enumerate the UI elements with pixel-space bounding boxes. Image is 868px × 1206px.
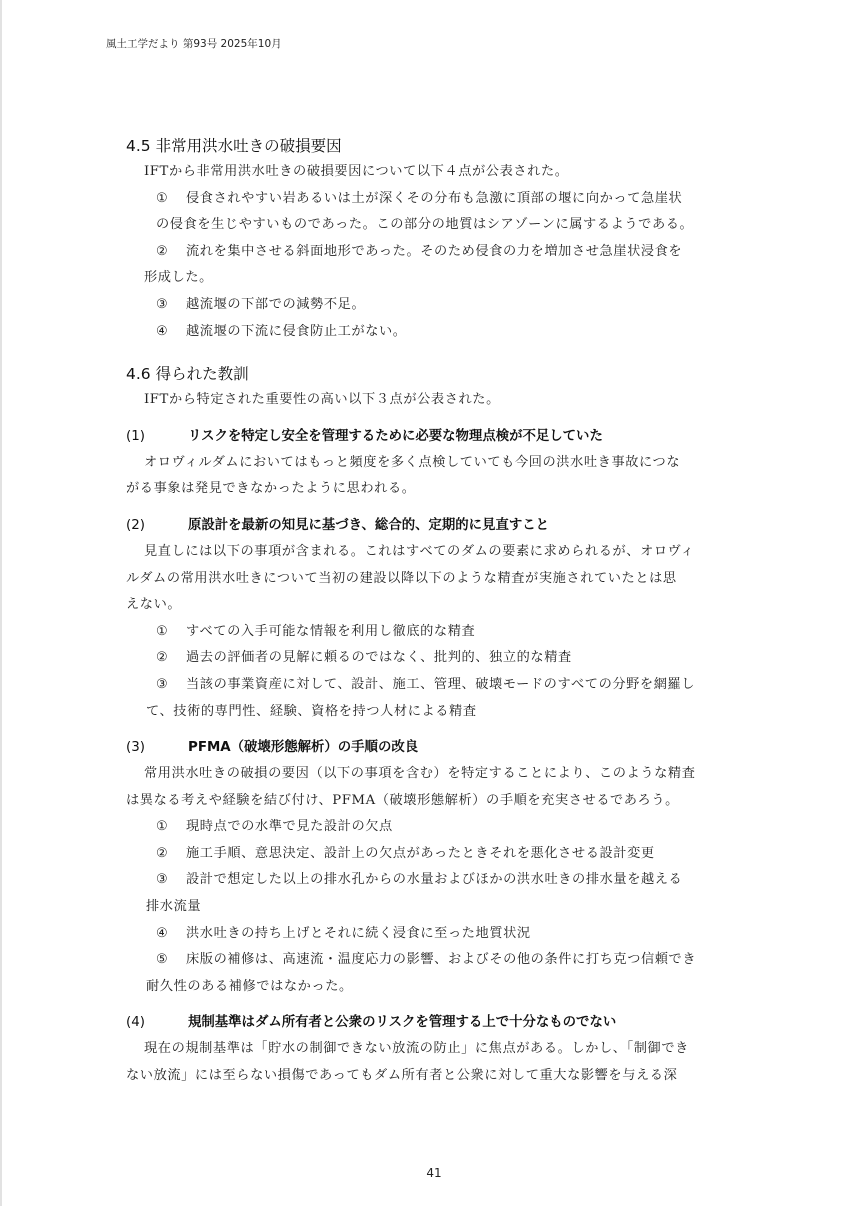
list-item-continuation: 耐久性のある補修ではなかった。 [126, 974, 746, 1001]
subsection-heading-1: (1)リスクを特定し安全を管理するために必要な物理点検が不足していた [126, 424, 746, 450]
subsection-heading-4: (4)規制基準はダム所有者と公衆のリスクを管理する上で十分なものでない [126, 1010, 746, 1036]
list-item: ②過去の評価者の見解に頼るのではなく、批判的、独立的な精査 [126, 645, 746, 672]
list-item: ②施工手順、意思決定、設計上の欠点があったときそれを悪化させる設計変更 [126, 841, 746, 868]
paragraph-line: は異なる考えや経験を結び付け、PFMA（破壊形態解析）の手順を充実させるであろう… [126, 788, 746, 815]
list-item: ①侵食されやすい岩あるいは土が深くその分布も急激に頂部の堰に向かって急崖状 [126, 186, 746, 213]
list-item-continuation: の侵食を生じやすいものであった。この部分の地質はシアゾーンに属するようである。 [126, 212, 746, 239]
list-item-continuation: 排水流量 [126, 894, 746, 921]
list-item: ③当該の事業資産に対して、設計、施工、管理、破壊モードのすべての分野を網羅し [126, 672, 746, 699]
list-item: ③設計で想定した以上の排水孔からの水量およびほかの洪水吐きの排水量を越える [126, 867, 746, 894]
paragraph-line: えない。 [126, 592, 746, 619]
subsection-heading-3: (3)PFMA（破壊形態解析）の手順の改良 [126, 735, 746, 761]
page-number: 41 [0, 1166, 868, 1180]
list-item: ①すべての入手可能な情報を利用し徹底的な精査 [126, 619, 746, 646]
paragraph-line: ルダムの常用洪水吐きについて当初の建設以降以下のような精査が実施されていたとは思 [126, 566, 746, 593]
paragraph-line: 常用洪水吐きの破損の要因（以下の事項を含む）を特定することにより、このような精査 [126, 761, 746, 788]
section-heading-4-5: 4.5 非常用洪水吐きの破損要因 [126, 133, 746, 159]
list-item-continuation: 形成した。 [126, 265, 746, 292]
list-item: ①現時点での水準で見た設計の欠点 [126, 814, 746, 841]
running-head: 風土工学だより 第93号 2025年10月 [106, 36, 282, 51]
subsection-heading-2: (2)原設計を最新の知見に基づき、総合的、定期的に見直すこと [126, 513, 746, 539]
list-item: ⑤床版の補修は、高速流・温度応力の影響、およびその他の条件に打ち克つ信頼でき [126, 947, 746, 974]
list-item: ②流れを集中させる斜面地形であった。そのため侵食の力を増加させ急崖状浸食を [126, 239, 746, 266]
page-body: 4.5 非常用洪水吐きの破損要因 IFTから非常用洪水吐きの破損要因について以下… [126, 133, 746, 1090]
list-4-5: ①侵食されやすい岩あるいは土が深くその分布も急激に頂部の堰に向かって急崖状 の侵… [126, 186, 746, 346]
paragraph-line: 現在の規制基準は「貯水の制御できない放流の防止」に焦点がある。しかし、「制御でき [126, 1036, 746, 1063]
list-item: ④越流堰の下流に侵食防止工がない。 [126, 319, 746, 346]
paragraph-line: オロヴィルダムにおいてはもっと頻度を多く点検していても今回の洪水吐き事故につな [126, 450, 746, 477]
list-item: ④洪水吐きの持ち上げとそれに続く浸食に至った地質状況 [126, 921, 746, 948]
page-edge [0, 0, 2, 1206]
section-intro: IFTから非常用洪水吐きの破損要因について以下４点が公表された。 [126, 159, 746, 186]
list-item: ③越流堰の下部での減勢不足。 [126, 292, 746, 319]
paragraph-line: 見直しには以下の事項が含まれる。これはすべてのダムの要素に求められるが、オロヴィ [126, 539, 746, 566]
paragraph-line: ない放流」には至らない損傷であってもダム所有者と公衆に対して重大な影響を与える深 [126, 1063, 746, 1090]
section-intro: IFTから特定された重要性の高い以下３点が公表された。 [126, 387, 746, 414]
list-item-continuation: て、技術的専門性、経験、資格を持つ人材による精査 [126, 699, 746, 726]
section-heading-4-6: 4.6 得られた教訓 [126, 361, 746, 387]
paragraph-line: がる事象は発見できなかったように思われる。 [126, 476, 746, 503]
